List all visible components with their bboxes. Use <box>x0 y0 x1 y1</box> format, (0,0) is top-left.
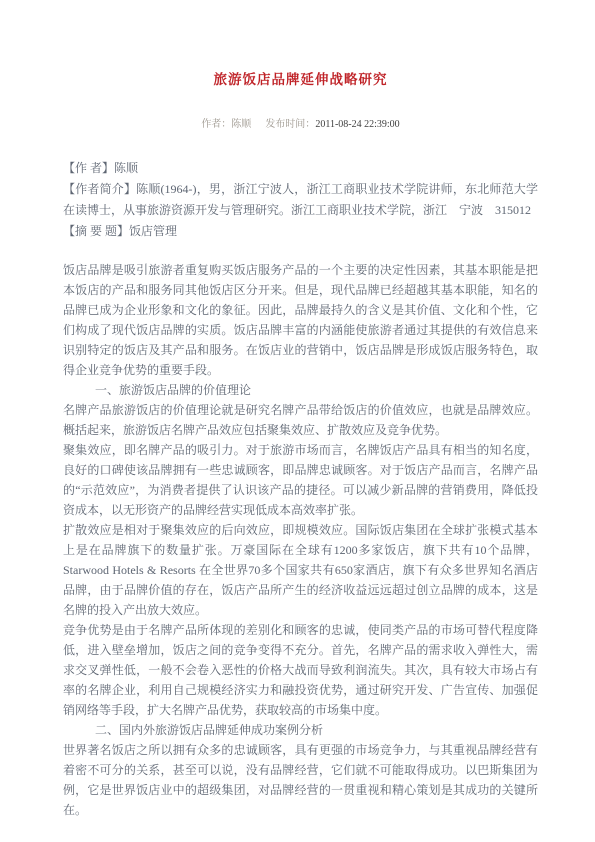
body-paragraph: 饭店品牌是吸引旅游者重复购买饭店服务产品的一个主要的决定性因素，其基本职能是把本… <box>63 260 538 380</box>
info-line-abstract-topic: 【摘 要 题】饭店管理 <box>63 221 538 242</box>
body-paragraph: 扩散效应是相对于聚集效应的后向效应，即规模效应。国际饭店集团在全球扩张模式基本上… <box>63 520 538 620</box>
body-paragraph: 名牌产品旅游饭店的价值理论就是研究名牌产品带给饭店的价值效应，也就是品牌效应。概… <box>63 400 538 440</box>
article-body: 饭店品牌是吸引旅游者重复购买饭店服务产品的一个主要的决定性因素，其基本职能是把本… <box>63 260 538 820</box>
article-meta: 作者：陈顺发布时间：2011-08-24 22:39:00 <box>63 118 538 132</box>
publish-time-label: 发布时间： <box>265 119 315 130</box>
document-page: 旅游饭店品牌延伸战略研究 作者：陈顺发布时间：2011-08-24 22:39:… <box>0 0 595 842</box>
body-paragraph: 聚集效应，即名牌产品的吸引力。对于旅游市场而言，名牌饭店产品具有相当的知名度，良… <box>63 440 538 520</box>
author-label: 作者： <box>201 119 231 130</box>
publish-time-value: 2011-08-24 22:39:00 <box>315 119 399 130</box>
section-heading: 二、国内外旅游饭店品牌延伸成功案例分析 <box>63 720 538 740</box>
body-paragraph: 世界著名饭店之所以拥有众多的忠诚顾客，具有更强的市场竞争力，与其重视品牌经营有着… <box>63 740 538 820</box>
article-title: 旅游饭店品牌延伸战略研究 <box>63 70 538 90</box>
article-info-block: 【作 者】陈顺 【作者简介】陈顺(1964-)，男，浙江宁波人，浙江工商职业技术… <box>63 158 538 242</box>
info-line-author-bio: 【作者简介】陈顺(1964-)，男，浙江宁波人，浙江工商职业技术学院讲师，东北师… <box>63 179 538 221</box>
info-line-author: 【作 者】陈顺 <box>63 158 538 179</box>
section-heading: 一、旅游饭店品牌的价值理论 <box>63 380 538 400</box>
author-name: 陈顺 <box>231 119 251 130</box>
body-paragraph: 竞争优势是由于名牌产品所体现的差别化和顾客的忠诚，使同类产品的市场可替代程度降低… <box>63 620 538 720</box>
